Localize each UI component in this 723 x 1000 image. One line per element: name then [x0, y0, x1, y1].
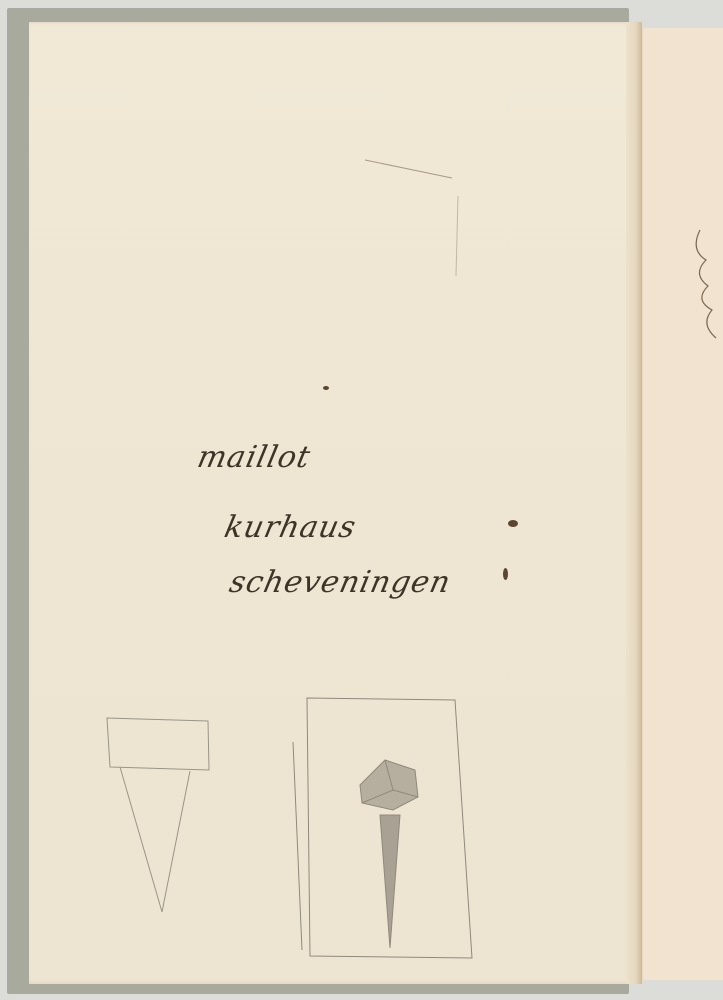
handwritten-word-3: scheveningen	[226, 565, 454, 600]
pencil-sketches	[0, 0, 723, 1000]
cube-spike-drawing	[293, 698, 472, 958]
handwritten-word-2: kurhaus	[221, 510, 359, 545]
rectangle-triangle-drawing	[107, 718, 209, 912]
ink-spot	[503, 568, 508, 580]
handwritten-word-1: maillot	[194, 440, 314, 475]
ink-spot	[323, 386, 329, 390]
ink-spot	[508, 520, 518, 527]
